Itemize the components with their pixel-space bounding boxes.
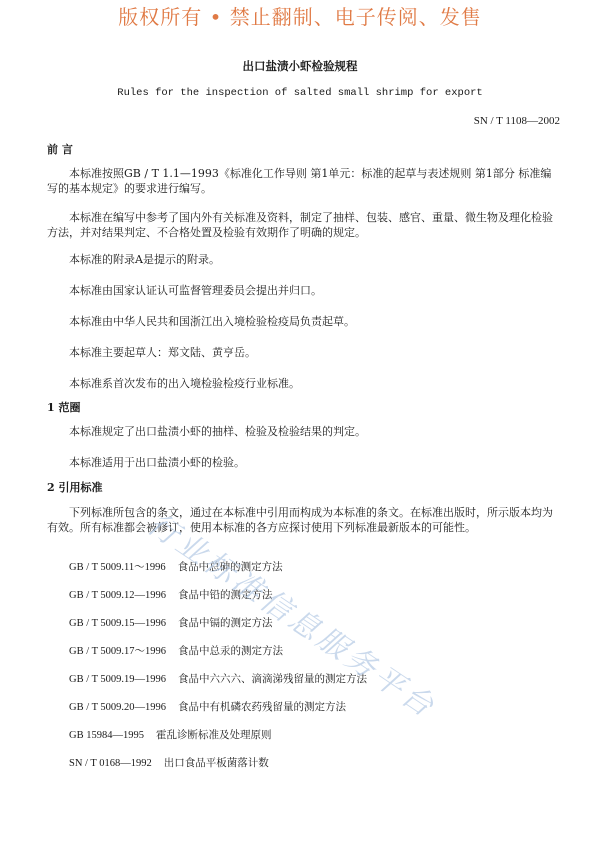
reference-item: GB / T 5009.12—1996食品中铅的测定方法 (69, 588, 273, 603)
reference-item: SN / T 0168—1992出口食品平板菌落计数 (69, 756, 269, 771)
copyright-banner: 版权所有 • 禁止翻制、电子传阅、发售 (0, 2, 600, 32)
foreword-paragraph: 本标准由中华人民共和国浙江出入境检验检疫局负责起草。 (47, 314, 584, 329)
standard-code: SN / T 1108—2002 (474, 114, 560, 128)
reference-code: GB / T 5009.15—1996 (69, 618, 166, 629)
section-1-heading: 1 范圈 (47, 400, 562, 415)
reference-title: 食品中铅的测定方法 (178, 589, 273, 601)
foreword-paragraph: 本标准在编写中参考了国内外有关标准及资料，制定了抽样、包装、感官、重量、微生物及… (47, 210, 562, 240)
section-1-paragraph: 本标准适用于出口盐渍小虾的检验。 (47, 455, 584, 470)
document-title-cn: 出口盐渍小虾检验规程 (0, 58, 600, 74)
reference-item: GB / T 5009.19—1996食品中六六六、滴滴涕残留量的测定方法 (69, 672, 367, 687)
reference-title: 食品中六六六、滴滴涕残留量的测定方法 (178, 673, 367, 685)
foreword-heading: 前 言 (47, 142, 562, 157)
reference-code: GB / T 5009.19—1996 (69, 674, 166, 685)
foreword-paragraph: 本标准的附录A是提示的附录。 (47, 252, 584, 267)
reference-code: GB / T 5009.11～1996 (69, 562, 166, 573)
reference-item: GB 15984—1995霍乱诊断标准及处理原则 (69, 728, 271, 743)
foreword-paragraph: 本标准按照GB / T 1.1—1993《标准化工作导则 第1单元：标准的起草与… (47, 166, 562, 196)
foreword-paragraph: 本标准由国家认证认可监督管理委员会提出并归口。 (47, 283, 584, 298)
reference-code: GB 15984—1995 (69, 730, 144, 741)
reference-title: 食品中总汞的测定方法 (178, 645, 283, 657)
section-2-intro: 下列标准所包含的条文，通过在本标准中引用而构成为本标准的条文。在标准出版时，所示… (47, 505, 562, 535)
reference-code: GB / T 5009.20—1996 (69, 702, 166, 713)
reference-code: SN / T 0168—1992 (69, 758, 152, 769)
foreword-paragraph: 本标准系首次发布的出入境检验检疫行业标准。 (47, 376, 584, 391)
reference-title: 食品中总砷的测定方法 (178, 561, 283, 573)
reference-title: 食品中有机磷农药残留量的测定方法 (178, 701, 346, 713)
reference-title: 霍乱诊断标准及处理原则 (156, 729, 272, 741)
section-1-paragraph: 本标准规定了出口盐渍小虾的抽样、检验及检验结果的判定。 (47, 424, 584, 439)
reference-code: GB / T 5009.17～1996 (69, 646, 166, 657)
document-title-en: Rules for the inspection of salted small… (0, 86, 600, 100)
reference-title: 出口食品平板菌落计数 (164, 757, 269, 769)
reference-item: GB / T 5009.20—1996食品中有机磷农药残留量的测定方法 (69, 700, 346, 715)
reference-title: 食品中镉的测定方法 (178, 617, 273, 629)
reference-item: GB / T 5009.11～1996食品中总砷的测定方法 (69, 560, 283, 575)
reference-item: GB / T 5009.15—1996食品中镉的测定方法 (69, 616, 273, 631)
foreword-paragraph: 本标准主要起草人：郑文陆、黄亨岳。 (47, 345, 584, 360)
reference-item: GB / T 5009.17～1996食品中总汞的测定方法 (69, 644, 283, 659)
reference-code: GB / T 5009.12—1996 (69, 590, 166, 601)
section-2-heading: 2 引用标准 (47, 480, 562, 495)
